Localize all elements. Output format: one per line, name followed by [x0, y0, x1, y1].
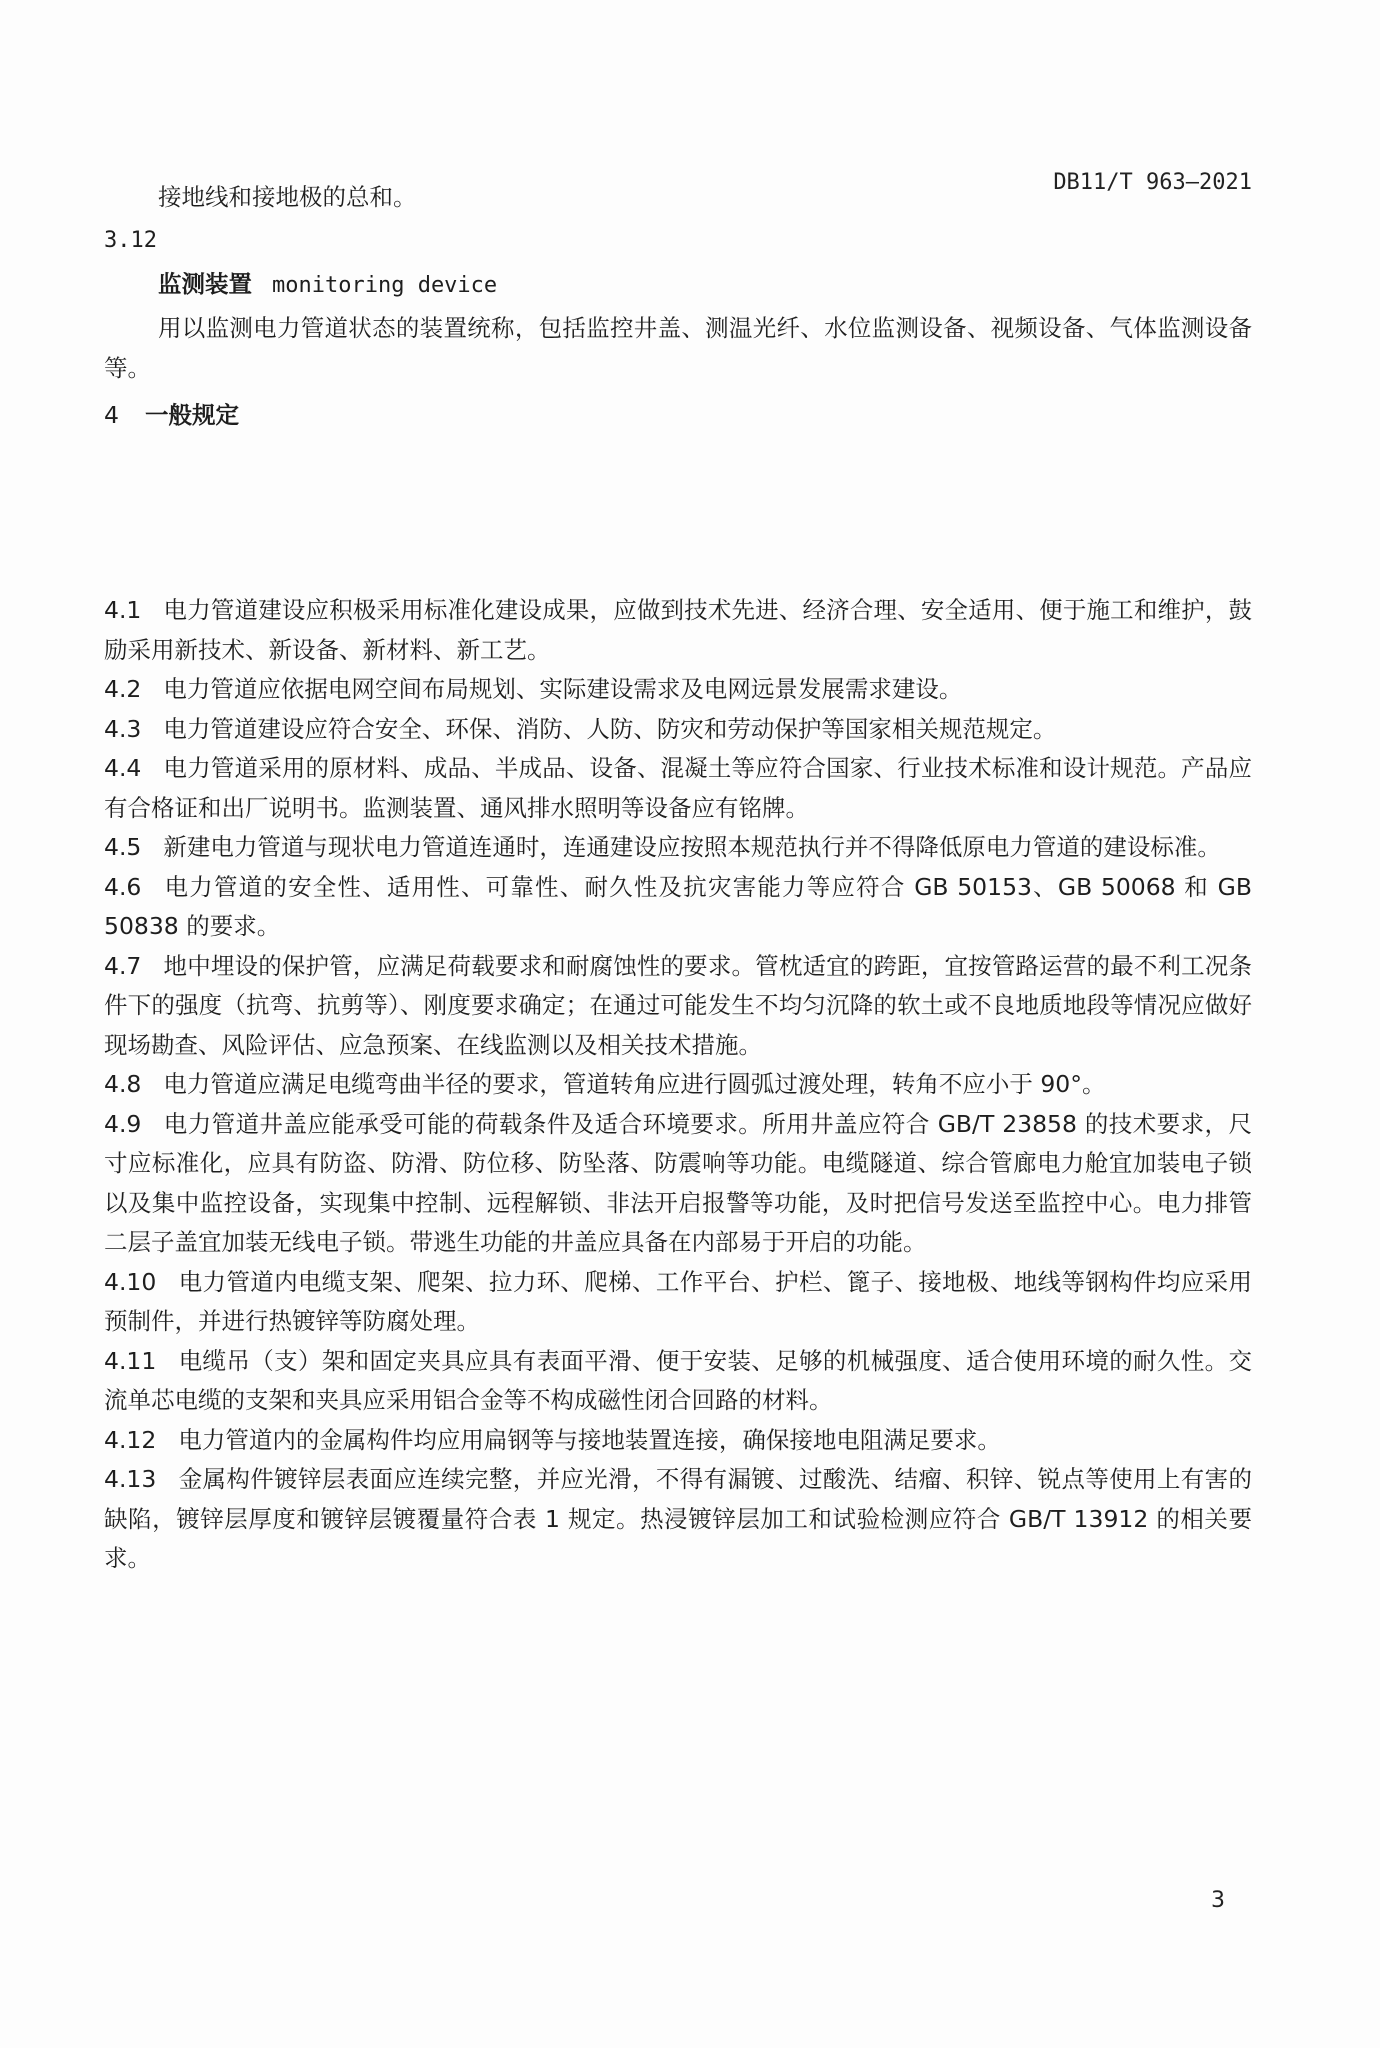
clause-number: 4.4: [104, 749, 141, 789]
clause-text: 电力管道建设应积极采用标准化建设成果，应做到技术先进、经济合理、安全适用、便于施…: [104, 596, 1252, 664]
clause-text: 电缆吊（支）架和固定夹具应具有表面平滑、便于安装、足够的机械强度、适合使用环境的…: [104, 1347, 1252, 1415]
chapter-heading: 4一般规定: [104, 396, 1252, 434]
clause-text: 电力管道内的金属构件均应用扁钢等与接地装置连接，确保接地电阻满足要求。: [178, 1426, 1001, 1454]
clause-number: 4.1: [104, 591, 141, 631]
document-page: DB11/T 963—2021 接地线和接地极的总和。 3.12 监测装置mon…: [0, 0, 1380, 2048]
clause-number: 4.8: [104, 1065, 141, 1105]
clause-number: 4.7: [104, 947, 141, 987]
clause-4-1: 4.1电力管道建设应积极采用标准化建设成果，应做到技术先进、经济合理、安全适用、…: [104, 591, 1252, 670]
clause-4-5: 4.5新建电力管道与现状电力管道连通时，连通建设应按照本规范执行并不得降低原电力…: [104, 828, 1252, 868]
clause-4-13: 4.13金属构件镀锌层表面应连续完整，并应光滑，不得有漏镀、过酸洗、结瘤、积锌、…: [104, 1460, 1252, 1579]
clause-number: 4.10: [104, 1263, 156, 1303]
clause-text: 电力管道采用的原材料、成品、半成品、设备、混凝土等应符合国家、行业技术标准和设计…: [104, 754, 1252, 822]
clause-number: 4.13: [104, 1460, 156, 1500]
clause-number: 4.2: [104, 670, 141, 710]
clause-4-12: 4.12电力管道内的金属构件均应用扁钢等与接地装置连接，确保接地电阻满足要求。: [104, 1421, 1252, 1461]
term-definition: 用以监测电力管道状态的装置统称，包括监控井盖、测温光纤、水位监测设备、视频设备、…: [104, 308, 1252, 388]
clause-text: 电力管道建设应符合安全、环保、消防、人防、防灾和劳动保护等国家相关规范规定。: [163, 715, 1056, 743]
term-number: 3.12: [104, 222, 1252, 260]
clause-text: 新建电力管道与现状电力管道连通时，连通建设应按照本规范执行并不得降低原电力管道的…: [163, 833, 1221, 861]
term-heading: 监测装置monitoring device: [104, 265, 1252, 305]
clause-text: 电力管道井盖应能承受可能的荷载条件及适合环境要求。所用井盖应符合 GB/T 23…: [104, 1110, 1252, 1257]
clause-4-6: 4.6电力管道的安全性、适用性、可靠性、耐久性及抗灾害能力等应符合 GB 501…: [104, 868, 1252, 947]
clause-number: 4.6: [104, 868, 141, 908]
clause-4-2: 4.2电力管道应依据电网空间布局规划、实际建设需求及电网远景发展需求建设。: [104, 670, 1252, 710]
clause-4-11: 4.11电缆吊（支）架和固定夹具应具有表面平滑、便于安装、足够的机械强度、适合使…: [104, 1342, 1252, 1421]
chapter-number: 4: [104, 401, 119, 429]
term-english: monitoring device: [272, 273, 497, 298]
clause-text: 电力管道应依据电网空间布局规划、实际建设需求及电网远景发展需求建设。: [163, 675, 962, 703]
clause-text: 电力管道应满足电缆弯曲半径的要求，管道转角应进行圆弧过渡处理，转角不应小于 90…: [163, 1070, 1105, 1098]
clause-4-10: 4.10电力管道内电缆支架、爬架、拉力环、爬梯、工作平台、护栏、篦子、接地极、地…: [104, 1263, 1252, 1342]
term-chinese: 监测装置: [158, 270, 252, 298]
clause-number: 4.9: [104, 1105, 141, 1145]
clause-4-3: 4.3电力管道建设应符合安全、环保、消防、人防、防灾和劳动保护等国家相关规范规定…: [104, 710, 1252, 750]
clause-text: 电力管道内电缆支架、爬架、拉力环、爬梯、工作平台、护栏、篦子、接地极、地线等钢构…: [104, 1268, 1252, 1336]
clause-4-4: 4.4电力管道采用的原材料、成品、半成品、设备、混凝土等应符合国家、行业技术标准…: [104, 749, 1252, 828]
clause-number: 4.12: [104, 1421, 156, 1461]
clause-4-9: 4.9电力管道井盖应能承受可能的荷载条件及适合环境要求。所用井盖应符合 GB/T…: [104, 1105, 1252, 1263]
clause-text: 电力管道的安全性、适用性、可靠性、耐久性及抗灾害能力等应符合 GB 50153、…: [104, 873, 1252, 941]
clause-text: 地中埋设的保护管，应满足荷载要求和耐腐蚀性的要求。管枕适宜的跨距，宜按管路运营的…: [104, 952, 1252, 1059]
clause-number: 4.11: [104, 1342, 156, 1382]
chapter-title: 一般规定: [145, 401, 239, 429]
clause-4-7: 4.7地中埋设的保护管，应满足荷载要求和耐腐蚀性的要求。管枕适宜的跨距，宜按管路…: [104, 947, 1252, 1066]
page-number: 3: [1211, 1888, 1225, 1913]
clause-list: 4.1电力管道建设应积极采用标准化建设成果，应做到技术先进、经济合理、安全适用、…: [104, 591, 1252, 1579]
clause-number: 4.3: [104, 710, 141, 750]
clause-4-8: 4.8电力管道应满足电缆弯曲半径的要求，管道转角应进行圆弧过渡处理，转角不应小于…: [104, 1065, 1252, 1105]
continuation-paragraph: 接地线和接地极的总和。: [104, 178, 1252, 216]
clause-number: 4.5: [104, 828, 141, 868]
clause-text: 金属构件镀锌层表面应连续完整，并应光滑，不得有漏镀、过酸洗、结瘤、积锌、锐点等使…: [104, 1465, 1252, 1572]
